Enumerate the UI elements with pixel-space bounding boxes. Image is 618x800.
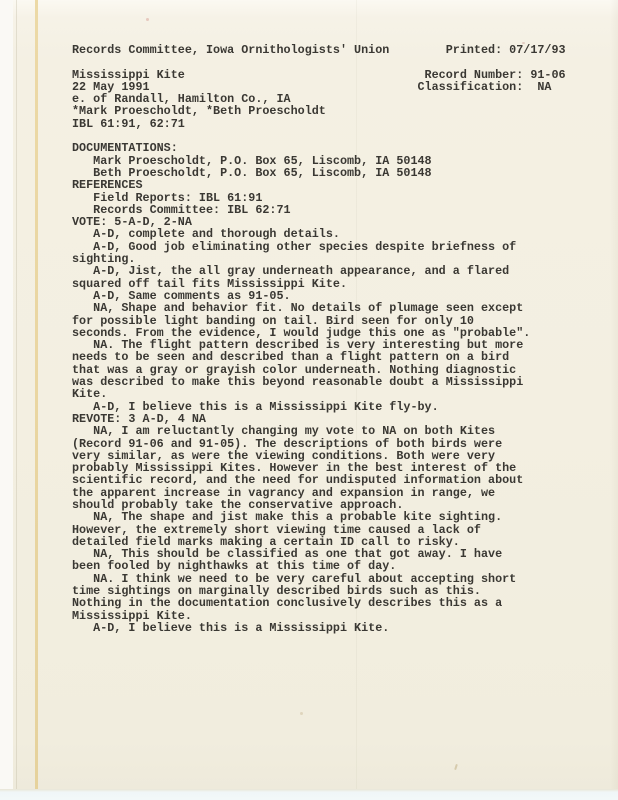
doc-line: NA, The shape and jist make this a proba… xyxy=(72,511,572,523)
doc-line: *Mark Proescholdt, *Beth Proescholdt xyxy=(72,105,572,117)
doc-line: needs to be seen and described than a fl… xyxy=(72,351,572,363)
doc-line: A-D, I believe this is a Mississippi Kit… xyxy=(72,622,572,634)
doc-line: (Record 91-06 and 91-05). The descriptio… xyxy=(72,438,572,450)
scan-speck xyxy=(522,42,525,44)
doc-line: REFERENCES xyxy=(72,179,572,191)
doc-line xyxy=(72,56,572,68)
paper-edge-line xyxy=(35,0,38,791)
doc-line: Field Reports: IBL 61:91 xyxy=(72,192,572,204)
doc-line: NA, Shape and behavior fit. No details o… xyxy=(72,302,572,314)
doc-line: was described to make this beyond reason… xyxy=(72,376,572,388)
scanned-page: Records Committee, Iowa Ornithologists' … xyxy=(0,0,618,800)
scan-left-margin xyxy=(0,0,13,800)
paper-fold-line xyxy=(16,0,17,800)
doc-line: been fooled by nighthawks at this time o… xyxy=(72,560,572,572)
scan-speck xyxy=(146,18,149,21)
doc-line: IBL 61:91, 62:71 xyxy=(72,118,572,130)
paper-right-shade xyxy=(610,0,618,790)
doc-line: NA, I am reluctantly changing my vote to… xyxy=(72,425,572,437)
doc-line: Kite. xyxy=(72,388,572,400)
doc-line: scientific record, and the need for undi… xyxy=(72,474,572,486)
doc-line: DOCUMENTATIONS: xyxy=(72,142,572,154)
doc-line: Records Committee, Iowa Ornithologists' … xyxy=(72,44,572,56)
doc-line: A-D, Good job eliminating other species … xyxy=(72,241,572,253)
scan-speck xyxy=(300,712,303,715)
doc-line: Nothing in the documentation conclusivel… xyxy=(72,597,572,609)
doc-line: for possible light banding on tail. Bird… xyxy=(72,315,572,327)
scanner-bed-bottom xyxy=(0,789,618,800)
doc-line: A-D, Jist, the all gray underneath appea… xyxy=(72,265,572,277)
doc-line: A-D, complete and thorough details. xyxy=(72,228,572,240)
document-text: Records Committee, Iowa Ornithologists' … xyxy=(72,44,572,634)
doc-line: Beth Proescholdt, P.O. Box 65, Liscomb, … xyxy=(72,167,572,179)
